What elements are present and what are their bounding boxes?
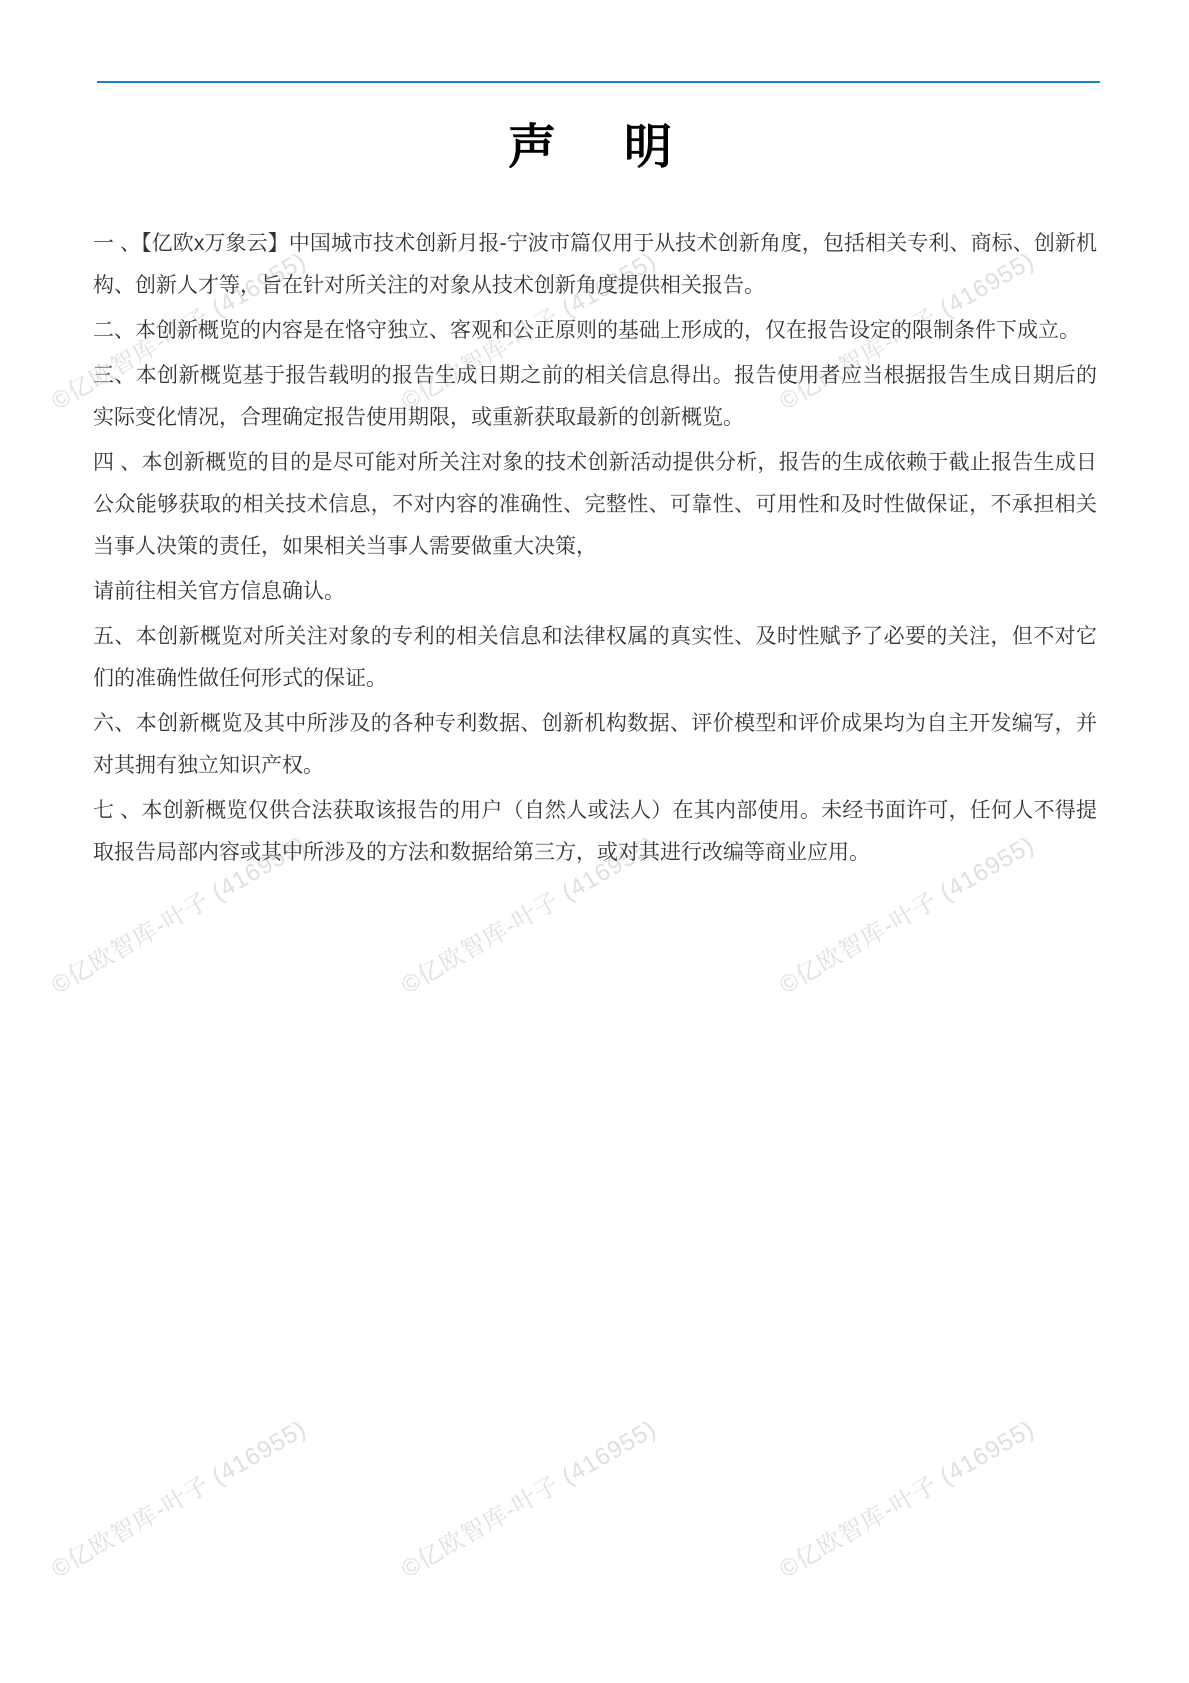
- statement-paragraph-4: 四 、本创新概览的目的是尽可能对所关注对象的技术创新活动提供分析，报告的生成依赖…: [93, 442, 1097, 568]
- watermark-text: ©亿欧智库-叶子 (416955): [396, 1413, 663, 1586]
- document-page: ©亿欧智库-叶子 (416955) ©亿欧智库-叶子 (416955) ©亿欧智…: [0, 0, 1189, 1683]
- statement-paragraph-5: 五、本创新概览对所关注对象的专利的相关信息和法律权属的真实性、及时性赋予了必要的…: [93, 616, 1097, 700]
- statement-paragraph-7: 七 、本创新概览仅供合法获取该报告的用户（自然人或法人）在其内部使用。未经书面许…: [93, 790, 1097, 874]
- top-divider-line: [97, 81, 1100, 83]
- statement-paragraph-3: 三、本创新概览基于报告载明的报告生成日期之前的相关信息得出。报告使用者应当根据报…: [93, 355, 1097, 439]
- statement-paragraph-4-continued: 请前往相关官方信息确认。: [93, 571, 1097, 613]
- page-title: 声 明: [93, 108, 1097, 177]
- statement-paragraph-2: 二、本创新概览的内容是在恪守独立、客观和公正原则的基础上形成的，仅在报告设定的限…: [93, 310, 1097, 352]
- watermark-text: ©亿欧智库-叶子 (416955): [774, 1413, 1041, 1586]
- statement-paragraph-1: 一 、【亿欧x万象云】中国城市技术创新月报-宁波市篇仅用于从技术创新角度，包括相…: [93, 223, 1097, 307]
- watermark-text: ©亿欧智库-叶子 (416955): [46, 1413, 313, 1586]
- statement-body: 一 、【亿欧x万象云】中国城市技术创新月报-宁波市篇仅用于从技术创新角度，包括相…: [93, 223, 1097, 877]
- statement-paragraph-6: 六、本创新概览及其中所涉及的各种专利数据、创新机构数据、评价模型和评价成果均为自…: [93, 703, 1097, 787]
